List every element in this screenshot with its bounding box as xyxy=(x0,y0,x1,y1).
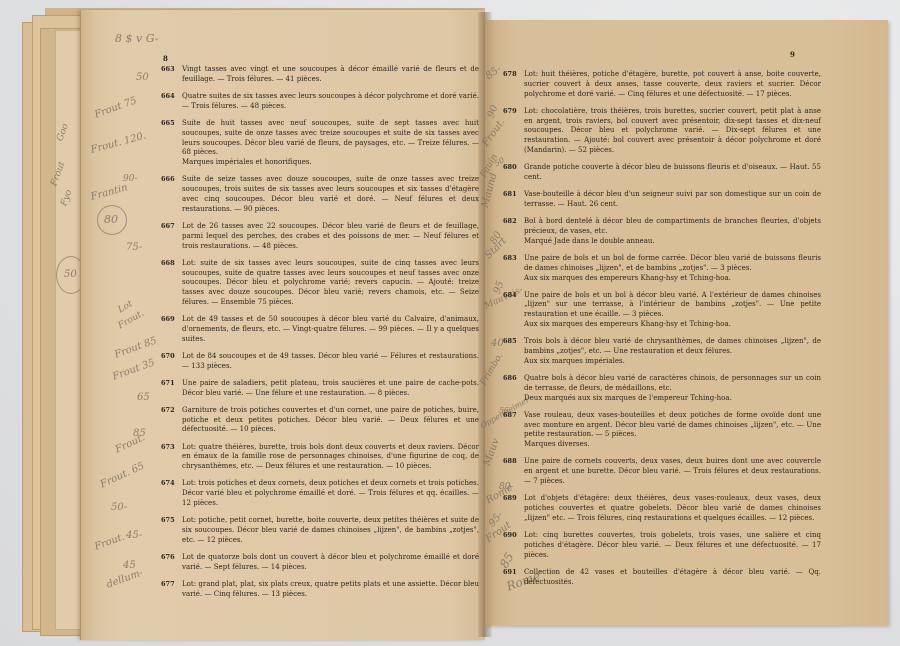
lot-number: 676 xyxy=(161,553,182,573)
lot-description: Lot de 49 tasses et de 50 soucoupes à dé… xyxy=(182,315,479,344)
page-number: 9 xyxy=(790,50,795,59)
lot-entry: 663Vingt tasses avec vingt et une soucou… xyxy=(161,65,479,85)
lot-number: 682 xyxy=(503,217,524,246)
lot-description: Lot de 84 soucoupes et de 49 tasses. Déc… xyxy=(182,352,479,372)
catalogue-page-right: 9 85- 90 Frout. 50 Fauin Maund 80 Start … xyxy=(485,20,888,625)
pencil-note: 80 xyxy=(104,213,118,226)
lot-description: Trois bols à décor bleu varié de chrysan… xyxy=(524,337,821,357)
lot-description: Vase rouleau, deux vases-bouteilles et d… xyxy=(524,411,821,440)
lot-entry: 676Lot de quatorze bols dont un couvert … xyxy=(161,553,479,573)
lot-description: Lot: chocolatière, trois théières, trois… xyxy=(524,107,821,156)
pencil-note: 75- xyxy=(126,242,142,253)
lot-description: Garniture de trois potiches couvertes et… xyxy=(182,406,479,435)
lot-description: Une paire de saladiers, petit plateau, t… xyxy=(182,379,479,399)
lot-description: Quatre suites de six tasses avec leurs s… xyxy=(182,92,479,112)
lot-description: Vingt tasses avec vingt et une soucoupes… xyxy=(182,65,479,85)
lot-number: 675 xyxy=(161,516,182,545)
lot-entry: 667Lot de 26 tasses avec 22 soucoupes. D… xyxy=(161,222,479,251)
catalogue-page-left: 8 8 $ v G- 50 Frout 75 Frout. 120. 90- F… xyxy=(80,10,485,640)
pencil-note: 50 xyxy=(136,72,149,83)
lot-entry: 665Suite de huit tasses avec neuf soucou… xyxy=(161,119,479,168)
pencil-note: Frout. xyxy=(93,532,126,553)
lot-entry: 679Lot: chocolatière, trois théières, tr… xyxy=(503,107,821,156)
lot-description: Une paire de bols et un bol de forme car… xyxy=(524,254,821,274)
lot-number: 664 xyxy=(161,92,182,112)
lot-number: 678 xyxy=(503,70,524,99)
lot-entry: 664Quatre suites de six tasses avec leur… xyxy=(161,92,479,112)
lot-description: Bol à bord dentelé à décor bleu de compa… xyxy=(524,217,821,237)
lot-number: 669 xyxy=(161,315,182,344)
pencil-note: Frout 35 xyxy=(111,357,156,382)
lot-number: 681 xyxy=(503,190,524,210)
pencil-note: 65 xyxy=(137,392,150,403)
lot-entry: 671Une paire de saladiers, petit plateau… xyxy=(161,379,479,399)
lot-number: 680 xyxy=(503,163,524,183)
lot-description: Lot de quatorze bols dont un couvert à d… xyxy=(182,553,479,573)
lot-number: 673 xyxy=(161,443,182,472)
pencil-note: Frantin xyxy=(90,182,129,202)
lot-description: Quatre bols à décor bleu varié de caract… xyxy=(524,374,821,394)
lot-number: 685 xyxy=(503,337,524,366)
lot-list: 663Vingt tasses avec vingt et une soucou… xyxy=(161,65,479,607)
lot-entry: 691Collection de 42 vases et bouteilles … xyxy=(503,568,821,588)
lot-entry: 677Lot: grand plat, plat, six plats creu… xyxy=(161,580,479,600)
lot-description: Grande potiche couverte à décor bleu de … xyxy=(524,163,821,183)
lot-number: 677 xyxy=(161,580,182,600)
lot-number: 686 xyxy=(503,374,524,403)
pencil-note: Frout. 120. xyxy=(90,130,148,155)
lot-entry: 666Suite de seize tasses avec douze souc… xyxy=(161,175,479,214)
lot-number: 687 xyxy=(503,411,524,450)
lot-marks-note: Deux marqués aux six marques de l'empere… xyxy=(524,394,821,404)
lot-description: Lot: grand plat, plat, six plats creux, … xyxy=(182,580,479,600)
lot-entry: 685Trois bols à décor bleu varié de chry… xyxy=(503,337,821,366)
lot-description: Lot: huit théières, potiche d'étagère, b… xyxy=(524,70,821,99)
lot-number: 690 xyxy=(503,531,524,560)
lot-number: 688 xyxy=(503,457,524,486)
lot-description: Vase-bouteille à décor bleu d'un seigneu… xyxy=(524,190,821,210)
lot-description: Lot: suite de six tasses avec leurs souc… xyxy=(182,259,479,308)
lot-description: Suite de huit tasses avec neuf soucoupes… xyxy=(182,119,479,158)
lot-description: Lot: cinq burettes couvertes, trois gobe… xyxy=(524,531,821,560)
pencil-note: Mauv xyxy=(482,437,502,467)
lot-marks-note: Aux six marques des empereurs Khang-hsy … xyxy=(524,320,821,330)
lot-entry: 668Lot: suite de six tasses avec leurs s… xyxy=(161,259,479,308)
lot-number: 683 xyxy=(503,254,524,283)
lot-entry: 687Vase rouleau, deux vases-bouteilles e… xyxy=(503,411,821,450)
lot-entry: 680Grande potiche couverte à décor bleu … xyxy=(503,163,821,183)
lot-marks-note: Marques impériales et honorifiques. xyxy=(182,158,479,168)
lot-list: 678Lot: huit théières, potiche d'étagère… xyxy=(503,70,821,595)
lot-marks-note: Aux six marques des empereurs Khang-hsy … xyxy=(524,274,821,284)
pencil-note: Frout. xyxy=(114,432,147,455)
lot-entry: 678Lot: huit théières, potiche d'étagère… xyxy=(503,70,821,99)
lot-number: 665 xyxy=(161,119,182,168)
lot-marks-note: Aux six marques impériales. xyxy=(524,357,821,367)
lot-marks-note: Marques diverses. xyxy=(524,440,821,450)
lot-number: 679 xyxy=(503,107,524,156)
lot-entry: 674Lot: trois potiches et deux cornets, … xyxy=(161,479,479,508)
pencil-note: 40 xyxy=(491,338,504,349)
lot-number: 684 xyxy=(503,291,524,330)
lot-number: 691 xyxy=(503,568,524,588)
lot-number: 674 xyxy=(161,479,182,508)
lot-number: 670 xyxy=(161,352,182,372)
lot-entry: 684Une paire de bols et un bol à décor b… xyxy=(503,291,821,330)
pencil-note: 50- xyxy=(111,502,127,513)
lot-entry: 682Bol à bord dentelé à décor bleu de co… xyxy=(503,217,821,246)
lot-number: 671 xyxy=(161,379,182,399)
lot-entry: 673Lot: quatre théières, burette, trois … xyxy=(161,443,479,472)
pencil-note: 8 $ v G- xyxy=(115,32,158,45)
lot-number: 689 xyxy=(503,494,524,523)
pencil-note: Goo xyxy=(55,122,71,142)
lot-number: 667 xyxy=(161,222,182,251)
pencil-note: Frout 75 xyxy=(93,95,138,120)
lot-number: 666 xyxy=(161,175,182,214)
lot-description: Collection de 42 vases et bouteilles d'é… xyxy=(524,568,821,588)
pencil-note: Frout. 65 xyxy=(99,461,147,491)
lot-description: Une paire de bols et un bol à décor bleu… xyxy=(524,291,821,320)
lot-entry: 669Lot de 49 tasses et de 50 soucoupes à… xyxy=(161,315,479,344)
lot-number: 672 xyxy=(161,406,182,435)
lot-entry: 686Quatre bols à décor bleu varié de car… xyxy=(503,374,821,403)
lot-description: Lot: quatre théières, burette, trois bol… xyxy=(182,443,479,472)
lot-number: 668 xyxy=(161,259,182,308)
lot-entry: 681Vase-bouteille à décor bleu d'un seig… xyxy=(503,190,821,210)
lot-description: Lot: trois potiches et deux cornets, deu… xyxy=(182,479,479,508)
lot-description: Lot: potiche, petit cornet, burette, boi… xyxy=(182,516,479,545)
pencil-note: 85- xyxy=(484,64,504,82)
lot-description: Suite de seize tasses avec douze soucoup… xyxy=(182,175,479,214)
lot-marks-note: Marqué Jade dans le double anneau. xyxy=(524,237,821,247)
lot-entry: 675Lot: potiche, petit cornet, burette, … xyxy=(161,516,479,545)
pencil-note: 50 xyxy=(64,269,77,280)
lot-description: Lot de 26 tasses avec 22 soucoupes. Déco… xyxy=(182,222,479,251)
lot-description: Une paire de cornets couverts, deux vase… xyxy=(524,457,821,486)
lot-entry: 670Lot de 84 soucoupes et de 49 tasses. … xyxy=(161,352,479,372)
lot-entry: 690Lot: cinq burettes couvertes, trois g… xyxy=(503,531,821,560)
lot-number: 663 xyxy=(161,65,182,85)
lot-entry: 683Une paire de bols et un bol de forme … xyxy=(503,254,821,283)
lot-entry: 672Garniture de trois potiches couvertes… xyxy=(161,406,479,435)
page-number: 8 xyxy=(163,54,168,63)
lot-description: Lot d'objets d'étagère: deux théières, d… xyxy=(524,494,821,523)
lot-entry: 688Une paire de cornets couverts, deux v… xyxy=(503,457,821,486)
lot-entry: 689Lot d'objets d'étagère: deux théières… xyxy=(503,494,821,523)
pencil-note: 45- xyxy=(126,530,142,541)
pencil-note: Fyo xyxy=(59,189,74,208)
